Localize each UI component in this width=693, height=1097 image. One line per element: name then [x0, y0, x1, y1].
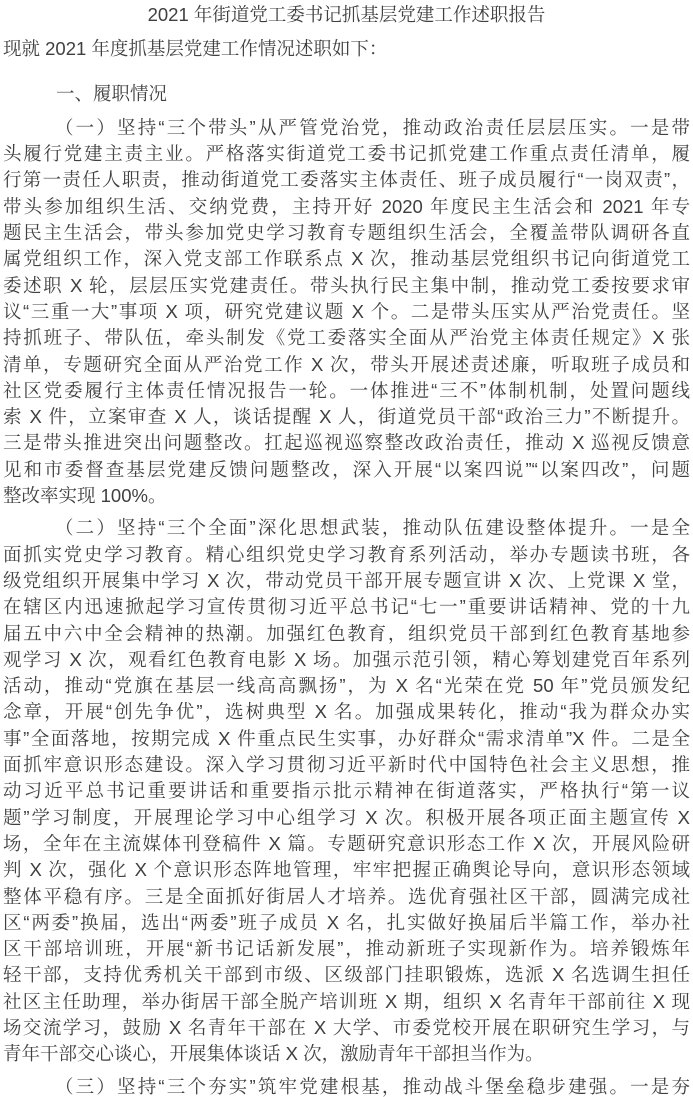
paragraph-1-line-14: 见和市委督查基层党建反馈问题整改，深入开展“以案四说”“以案四改”，问题: [3, 457, 690, 483]
document-page: 2021 年街道党工委书记抓基层党建工作述职报告 现就 2021 年度抓基层党建…: [0, 0, 693, 1097]
paragraph-2-line-15: 整体平稳有序。三是全面抓好街居人才培养。选优育强社区干部，圆满完成社: [3, 884, 690, 910]
paragraph-2-line-12: 题”学习制度，开展理论学习中心组学习 X 次。积极开展各项正面主题宣传 X: [3, 805, 690, 831]
paragraph-2-line-4: 在辖区内迅速掀起学习宣传贯彻习近平总书记“七一”重要讲话精神、党的十九: [3, 594, 690, 620]
paragraph-2-line-19: 社区主任助理，举办街居干部全脱产培训班 X 期，组织 X 名青年干部前往 X 现: [3, 989, 690, 1015]
paragraph-1-line-11: 社区党委履行主体责任情况报告一轮。一体推进“三不”体制机制，处置问题线: [3, 378, 690, 404]
document-title: 2021 年街道党工委书记抓基层党建工作述职报告: [3, 2, 690, 28]
document-body: （一）坚持“三个带头”从严管党治党，推动政治责任层层压实。一是带头履行党建主责主…: [3, 115, 690, 1097]
paragraph-2-line-5: 届五中六中全会精神的热潮。加强红色教育，组织党员干部到红色教育基地参: [3, 621, 690, 647]
paragraph-1-line-6: 属党组织工作，深入党支部工作联系点 X 次，推动基层党组织书记向街道党工: [3, 246, 690, 272]
paragraph-1-line-5: 题民主生活会，带头参加党史学习教育专题组织生活会，全覆盖带队调研各直: [3, 220, 690, 246]
paragraph-2-line-7: 活动，推动“党旗在基层一线高高飘扬”，为 X 名“光荣在党 50 年”党员颁发纪: [3, 673, 690, 699]
paragraph-2-line-20: 场交流学习，鼓励 X 名青年干部在 X 大学、市委党校开展在职研究生学习，与: [3, 1015, 690, 1041]
paragraph-1-line-7: 委述职 X 轮，层层压实党建责任。带头执行民主集中制，推动党工委按要求审: [3, 273, 690, 299]
paragraph-2: （二）坚持“三个全面”深化思想武装，推动队伍建设整体提升。一是全面抓实党史学习教…: [3, 515, 690, 1067]
paragraph-1-line-12: 索 X 件，立案审查 X 人，谈话提醒 X 人，街道党员干部“政治三力”不断提升…: [3, 404, 690, 430]
paragraph-2-line-21: 青年干部交心谈心，开展集体谈话 X 次，激励青年干部担当作为。: [3, 1041, 690, 1067]
paragraph-1-line-15: 整改率实现 100%。: [3, 483, 690, 509]
paragraph-2-line-6: 观学习 X 次，观看红色教育电影 X 场。加强示范引领，精心筹划建党百年系列: [3, 647, 690, 673]
paragraph-2-line-17: 区干部培训班，开展“新书记话新发展”，推动新班子实现新作为。培养锻炼年: [3, 936, 690, 962]
paragraph-2-line-14: 判 X 次，强化 X 个意识形态阵地管理，牢牢把握正确舆论导向，意识形态领域: [3, 857, 690, 883]
paragraph-2-line-2: 面抓实党史学习教育。精心组织党史学习教育系列活动，举办专题读书班，各: [3, 542, 690, 568]
paragraph-1-line-9: 持抓班子、带队伍，牵头制发《党工委落实全面从严治党主体责任规定》X 张: [3, 325, 690, 351]
paragraph-1-line-8: 议“三重一大”事项 X 项，研究党建议题 X 个。二是带头压实从严治党责任。坚: [3, 299, 690, 325]
paragraph-2-line-18: 轻干部，支持优秀机关干部到市级、区级部门挂职锻炼，选派 X 名选调生担任: [3, 962, 690, 988]
paragraph-1: （一）坚持“三个带头”从严管党治党，推动政治责任层层压实。一是带头履行党建主责主…: [3, 115, 690, 509]
paragraph-3-line-1: （三）坚持“三个夯实”筑牢党建根基，推动战斗堡垒稳步建强。一是夯: [3, 1074, 690, 1097]
paragraph-2-line-10: 面抓牢意识形态建设。深入学习贯彻习近平新时代中国特色社会主义思想，推: [3, 752, 690, 778]
paragraph-2-line-8: 念章，开展“创先争优”，选树典型 X 名。加强成果转化，推动“我为群众办实: [3, 699, 690, 725]
section-heading: 一、履职情况: [3, 81, 690, 107]
paragraph-2-line-13: 场，全年在主流媒体刊登稿件 X 篇。专题研究意识形态工作 X 次，开展风险研: [3, 831, 690, 857]
paragraph-1-line-13: 三是带头推进突出问题整改。扛起巡视巡察整改政治责任，推动 X 巡视反馈意: [3, 430, 690, 456]
paragraph-2-line-9: 事”全面落地，按期完成 X 件重点民生实事，办好群众“需求清单”X 件。二是全: [3, 726, 690, 752]
intro-paragraph: 现就 2021 年度抓基层党建工作情况述职如下：: [3, 36, 690, 62]
paragraph-3: （三）坚持“三个夯实”筑牢党建根基，推动战斗堡垒稳步建强。一是夯: [3, 1074, 690, 1097]
paragraph-2-line-1: （二）坚持“三个全面”深化思想武装，推动队伍建设整体提升。一是全: [3, 515, 690, 541]
paragraph-1-line-3: 行第一责任人职责，推动街道党工委落实主体责任、班子成员履行“一岗双责”，: [3, 167, 690, 193]
paragraph-2-line-3: 级党组织开展集中学习 X 次，带动党员干部开展专题宣讲 X 次、上党课 X 堂，: [3, 568, 690, 594]
paragraph-2-line-11: 动习近平总书记重要讲话和重要指示批示精神在街道落实，严格执行“第一议: [3, 778, 690, 804]
paragraph-1-line-4: 带头参加组织生活、交纳党费，主持开好 2020 年度民主生活会和 2021 年专: [3, 194, 690, 220]
paragraph-1-line-2: 头履行党建主责主业。严格落实街道党工委书记抓党建工作重点责任清单，履: [3, 141, 690, 167]
paragraph-1-line-10: 清单，专题研究全面从严治党工作 X 次，带头开展述责述廉，听取班子成员和: [3, 352, 690, 378]
paragraph-1-line-1: （一）坚持“三个带头”从严管党治党，推动政治责任层层压实。一是带: [3, 115, 690, 141]
paragraph-2-line-16: 区“两委”换届，选出“两委”班子成员 X 名，扎实做好换届后半篇工作，举办社: [3, 910, 690, 936]
